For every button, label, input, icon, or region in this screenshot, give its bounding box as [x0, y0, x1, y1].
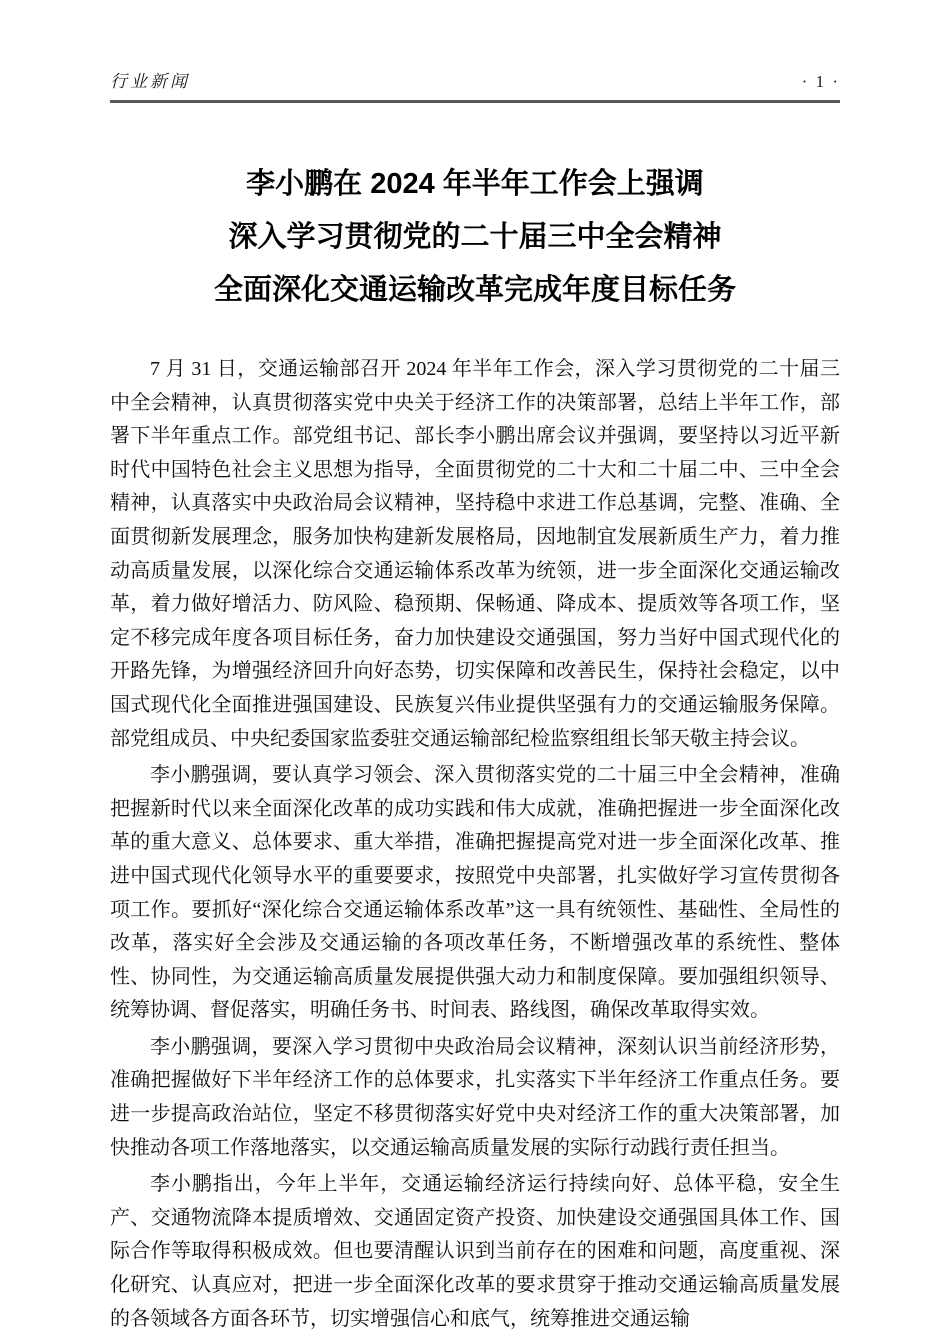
body-paragraph-3: 李小鹏强调，要深入学习贯彻中央政治局会议精神，深刻认识当前经济形势，准确把握做好… — [110, 1031, 840, 1165]
body-paragraph-1: 7 月 31 日，交通运输部召开 2024 年半年工作会，深入学习贯彻党的二十届… — [110, 353, 840, 756]
document-body: 7 月 31 日，交通运输部召开 2024 年半年工作会，深入学习贯彻党的二十届… — [110, 353, 840, 1336]
body-paragraph-4: 李小鹏指出，今年上半年，交通运输经济运行持续向好、总体平稳，安全生产、交通物流降… — [110, 1168, 840, 1336]
document-title: 李小鹏在 2024 年半年工作会上强调 深入学习贯彻党的二十届三中全会精神 全面… — [110, 158, 840, 317]
document-title-line-3: 全面深化交通运输改革完成年度目标任务 — [110, 264, 840, 317]
header-page-number: · 1 · — [802, 70, 840, 94]
header-rule — [110, 100, 840, 103]
header-section-label: 行业新闻 — [110, 70, 190, 94]
document-title-line-1: 李小鹏在 2024 年半年工作会上强调 — [110, 158, 840, 211]
document-title-line-2: 深入学习贯彻党的二十届三中全会精神 — [110, 211, 840, 264]
page-header: 行业新闻 · 1 · — [110, 0, 840, 94]
body-paragraph-2: 李小鹏强调，要认真学习领会、深入贯彻落实党的二十届三中全会精神，准确把握新时代以… — [110, 759, 840, 1028]
document-page: 行业新闻 · 1 · 李小鹏在 2024 年半年工作会上强调 深入学习贯彻党的二… — [0, 0, 950, 1344]
